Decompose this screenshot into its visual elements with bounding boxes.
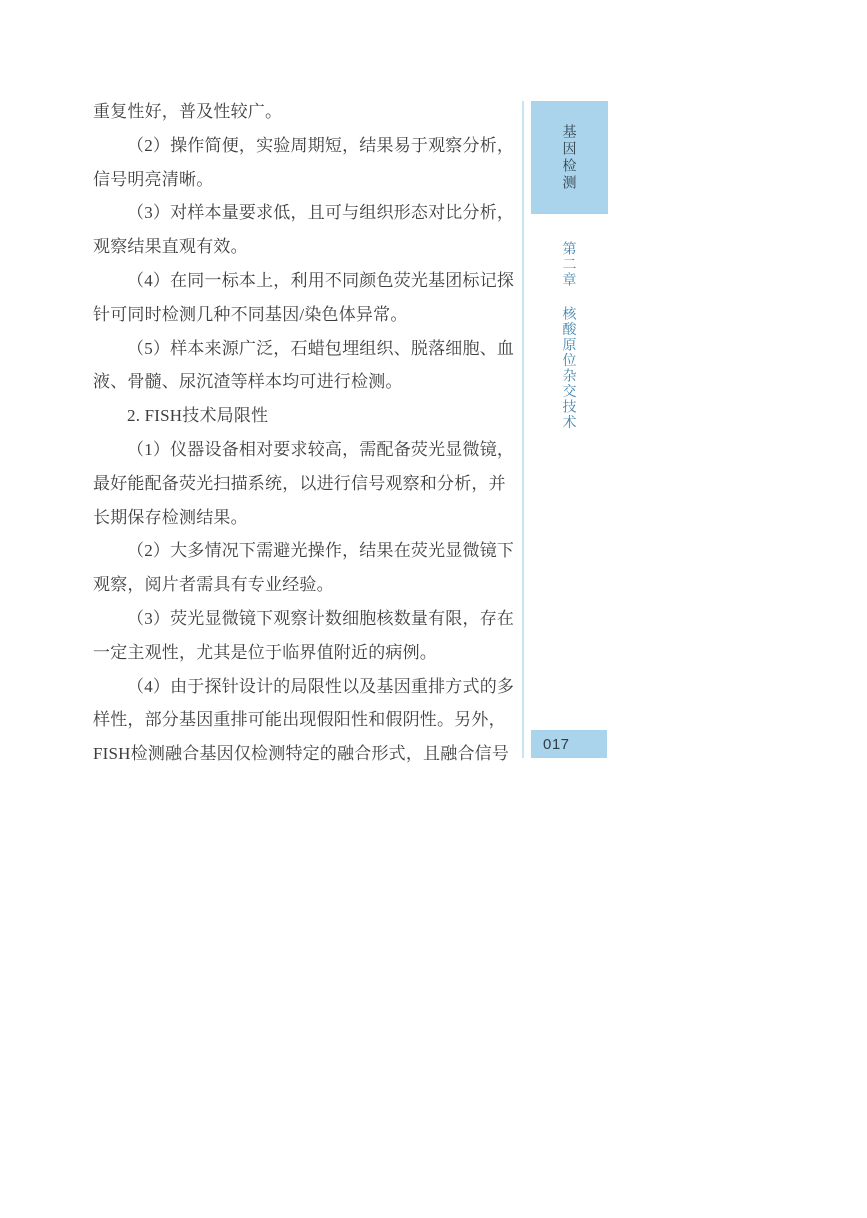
text-line: （3）对样本量要求低，且可与组织形态对比分析， (93, 196, 505, 230)
sidebar-divider-rule (522, 101, 524, 758)
text-line: 最好能配备荧光扫描系统，以进行信号观察和分析，并 (93, 467, 505, 501)
text-line: （5）样本来源广泛，石蜡包埋组织、脱落细胞、血 (93, 332, 505, 366)
body-text: 重复性好，普及性较广。 （2）操作简便，实验周期短，结果易于观察分析， 信号明亮… (93, 95, 505, 771)
text-line: 观察，阅片者需具有专业经验。 (93, 568, 505, 602)
text-line: 观察结果直观有效。 (93, 230, 505, 264)
chapter-number: 第二章 (562, 241, 578, 288)
text-line: 长期保存检测结果。 (93, 501, 505, 535)
text-line: 2. FISH技术局限性 (93, 399, 505, 433)
text-line: （2）操作简便，实验周期短，结果易于观察分析， (93, 129, 505, 163)
text-line: 液、骨髓、尿沉渣等样本均可进行检测。 (93, 365, 505, 399)
text-line: 信号明亮清晰。 (93, 163, 505, 197)
page: { "content": { "lines": [ { "text": "重复性… (0, 0, 867, 1218)
gene-detection-tab: 基因检测 (531, 101, 608, 214)
text-line: （1）仪器设备相对要求较高，需配备荧光显微镜， (93, 433, 505, 467)
page-number-box: 017 (531, 730, 607, 758)
text-line: （2）大多情况下需避光操作，结果在荧光显微镜下 (93, 534, 505, 568)
text-line: FISH检测融合基因仅检测特定的融合形式，且融合信号 (93, 737, 505, 771)
text-line: （3）荧光显微镜下观察计数细胞核数量有限，存在 (93, 602, 505, 636)
tab-label: 基因检测 (560, 124, 580, 192)
page-number: 017 (543, 736, 570, 753)
text-line: （4）由于探针设计的局限性以及基因重排方式的多 (93, 670, 505, 704)
chapter-heading: 第二章 核酸原位杂交技术 (531, 241, 608, 430)
chapter-title: 核酸原位杂交技术 (562, 306, 578, 430)
text-line: 一定主观性，尤其是位于临界值附近的病例。 (93, 636, 505, 670)
text-line: 针可同时检测几种不同基因/染色体异常。 (93, 298, 505, 332)
text-line: 重复性好，普及性较广。 (93, 95, 505, 129)
text-line: 样性，部分基因重排可能出现假阳性和假阴性。另外， (93, 703, 505, 737)
text-line: （4）在同一标本上，利用不同颜色荧光基团标记探 (93, 264, 505, 298)
